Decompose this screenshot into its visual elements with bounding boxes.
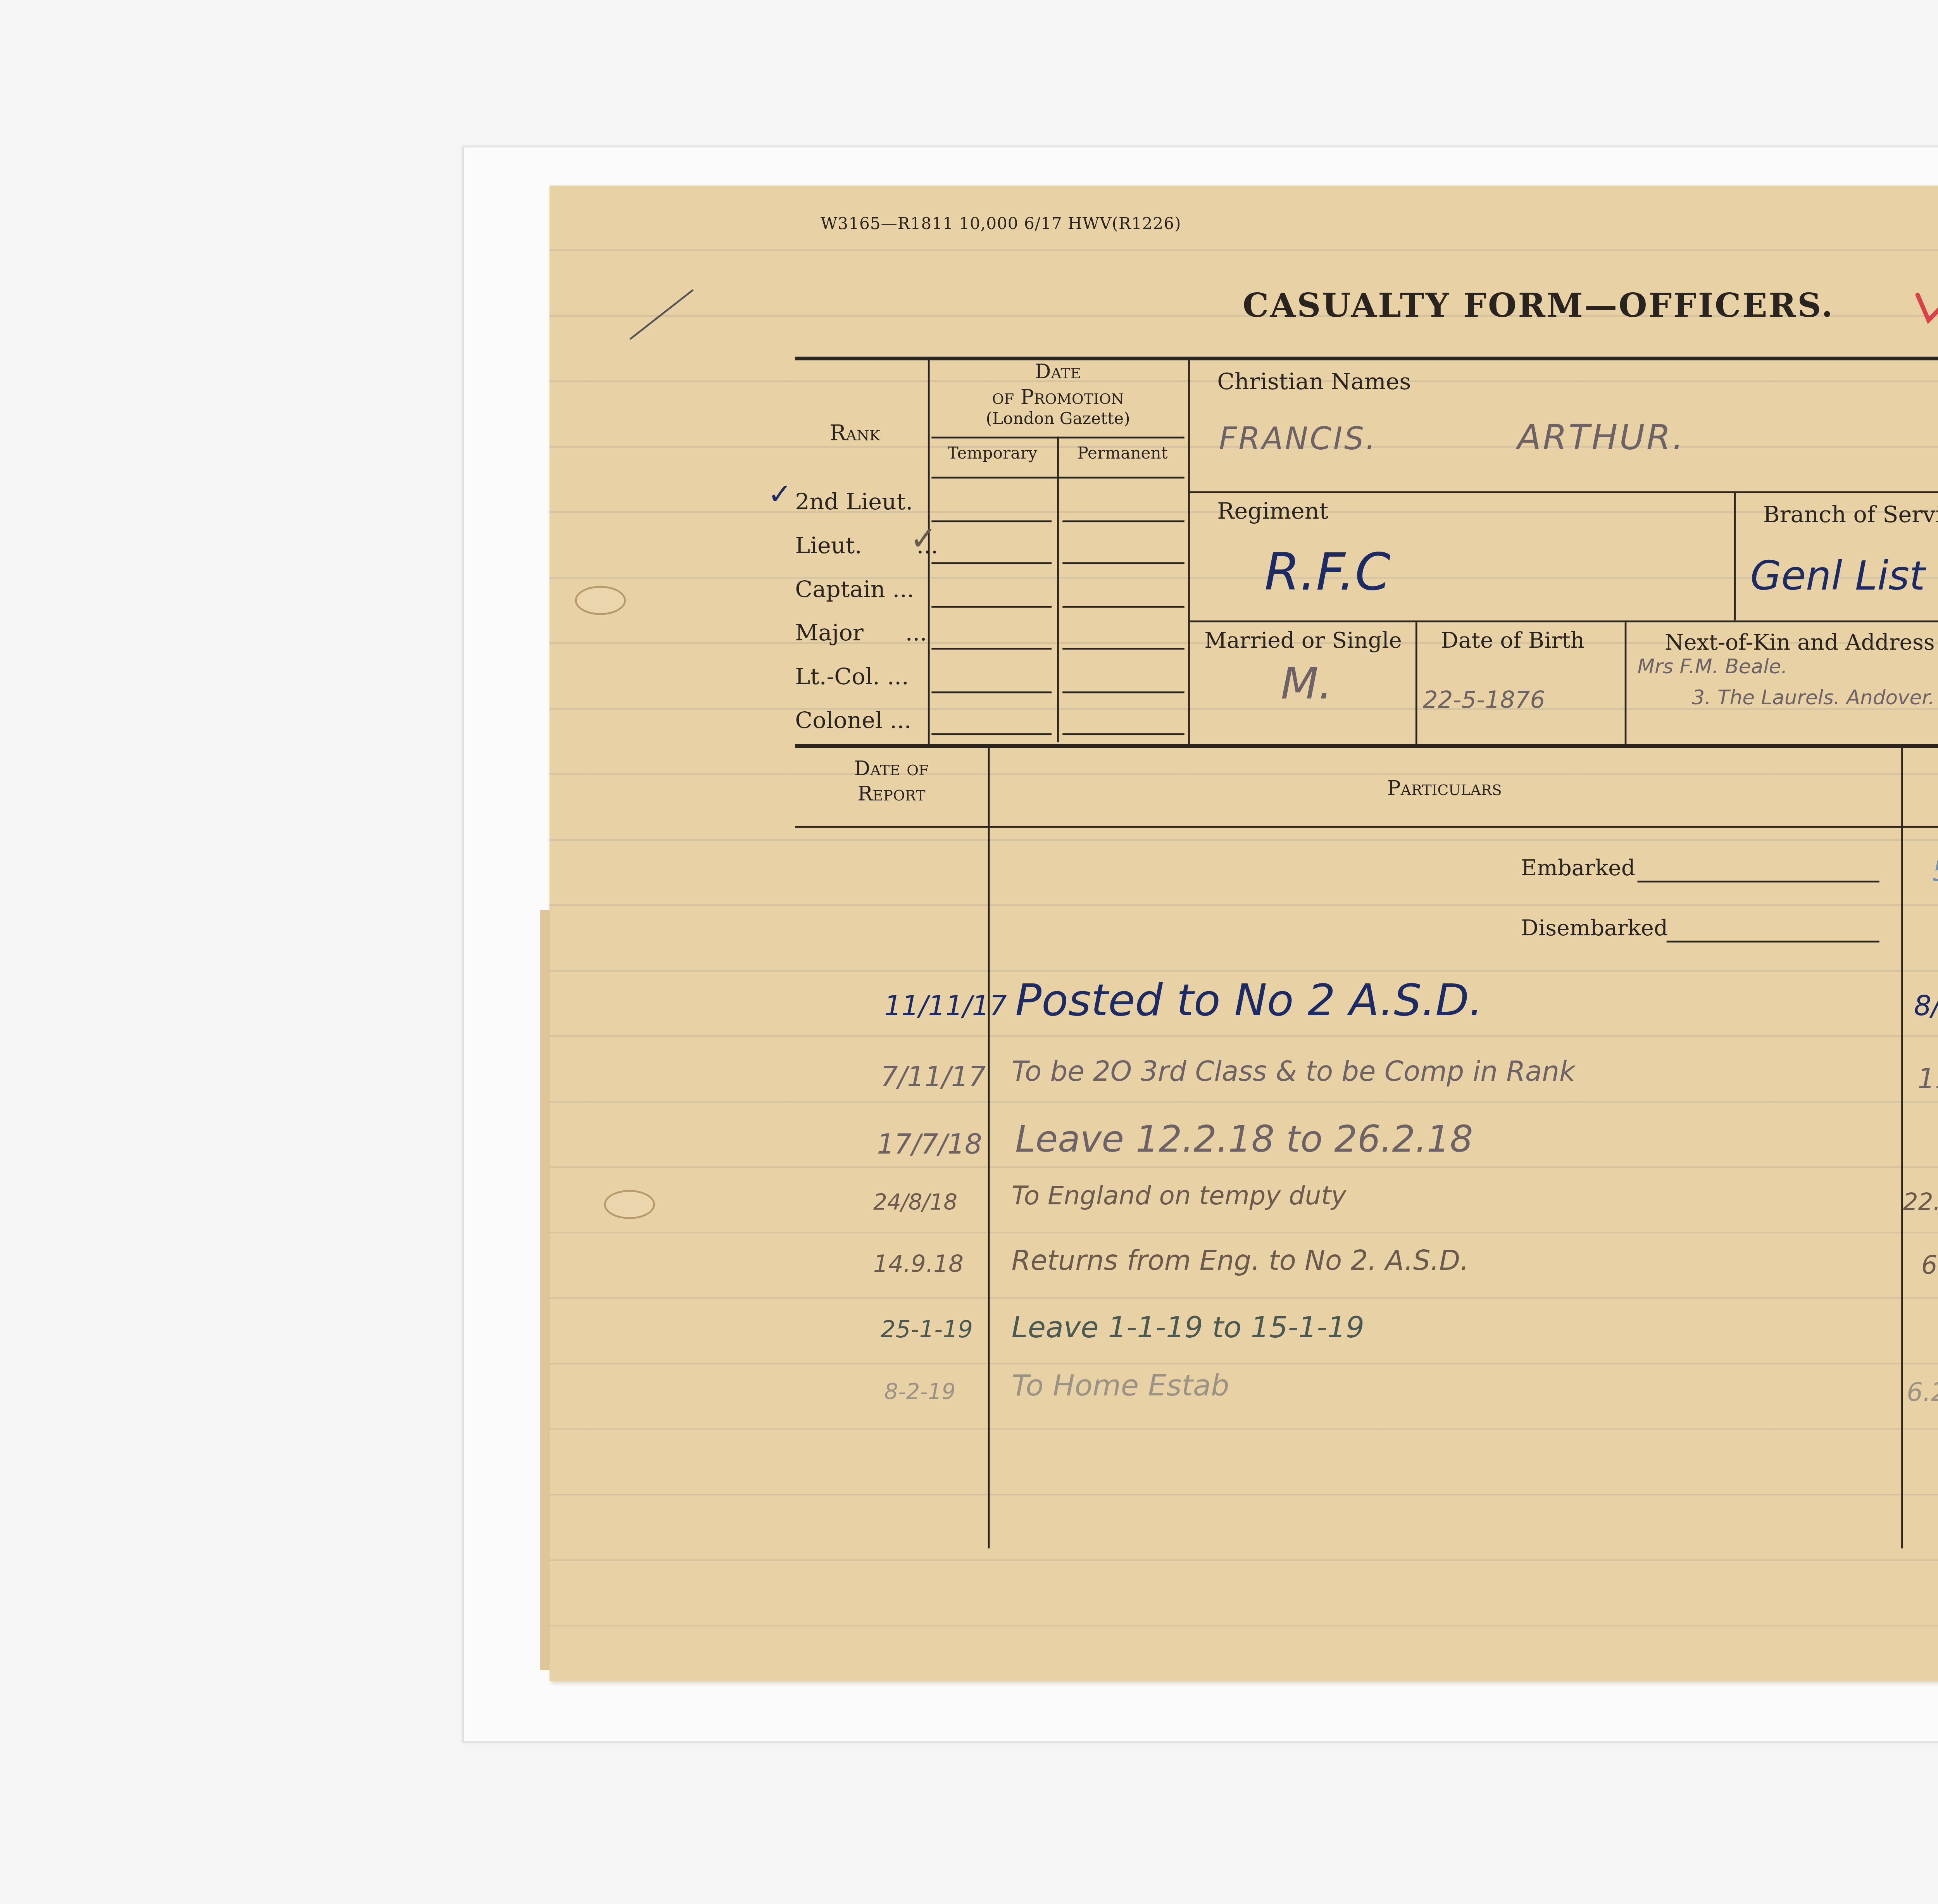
- entry-report-date: 24/8/18: [873, 1190, 957, 1216]
- entry-text: Leave 1-1-19 to 15-1-19: [1012, 1310, 1364, 1345]
- branch-value: Genl List: [1750, 555, 1925, 600]
- date-report-header-1: Date of: [795, 757, 988, 781]
- entry-report-date: 14.9.18: [873, 1252, 964, 1279]
- page-title: CASUALTY FORM—OFFICERS.: [1243, 288, 1834, 326]
- promotion-header-1: Date: [928, 360, 1188, 384]
- embarked-label: Embarked: [1521, 855, 1635, 881]
- particulars-header: Particulars: [988, 777, 1901, 800]
- entry-casualty-date: 6.2.19: [1907, 1379, 1938, 1408]
- entry-report-date: 17/7/18: [877, 1128, 982, 1161]
- rank-lt-col: Lt.-Col. ...: [795, 662, 909, 690]
- branch-label: Branch of Service: [1763, 500, 1938, 528]
- married-label: Married or Single: [1204, 628, 1402, 653]
- check-icon: ✓: [768, 477, 792, 511]
- entry-text: Returns from Eng. to No 2. A.S.D.: [1012, 1245, 1469, 1277]
- print-code: W3165—R1811 10,000 6/17 HWV(R1226): [821, 217, 1181, 235]
- temporary-label: Temporary: [928, 446, 1057, 464]
- check-icon: ✓: [910, 520, 937, 559]
- permanent-label: Permanent: [1057, 446, 1188, 464]
- disembarked-label: Disembarked: [1521, 915, 1668, 941]
- entry-report-date: 7/11/17: [881, 1061, 986, 1093]
- scan-stage: W3165—R1811 10,000 6/17 HWV(R1226) Army …: [0, 0, 1938, 1903]
- date-casualty-header-2: Casualty: [1901, 786, 1938, 810]
- nok-line-1: Mrs F.M. Beale.: [1638, 655, 1788, 679]
- entry-text: To England on tempy duty: [1012, 1183, 1346, 1212]
- date-report-header-2: Report: [795, 782, 988, 806]
- regiment-value: R.F.C: [1264, 542, 1390, 602]
- entry-text: Posted to No 2 A.S.D.: [1015, 975, 1483, 1026]
- date-casualty-header-1: Date of: [1901, 761, 1938, 784]
- married-value: M.: [1281, 659, 1333, 709]
- christian-name-first: FRANCIS.: [1219, 422, 1377, 459]
- dob-value: 22-5-1876: [1423, 688, 1545, 715]
- rank-2nd-lieut: 2nd Lieut.: [795, 488, 913, 515]
- rank-major: Major ...: [795, 619, 927, 646]
- entry-casualty-date: 22.8.18.: [1903, 1190, 1938, 1217]
- entry-text: To be 2O 3rd Class & to be Comp in Rank: [1012, 1055, 1575, 1088]
- embarked-date: 5/11/17: [1932, 855, 1938, 888]
- entry-report-date: 11/11/17: [884, 990, 1007, 1022]
- christian-names-label: Christian Names: [1217, 367, 1411, 395]
- punch-hole-top: [575, 586, 626, 615]
- nok-line-2: 3. The Laurels. Andover.: [1692, 686, 1935, 710]
- entry-text: To Home Estab: [1012, 1368, 1229, 1403]
- entry-text: Leave 12.2.18 to 26.2.18: [1015, 1117, 1473, 1161]
- rank-captain: Captain ...: [795, 575, 914, 602]
- rank-header: Rank: [829, 420, 880, 446]
- entry-report-date: 8-2-19: [884, 1379, 955, 1405]
- nok-label: Next-of-Kin and Address: [1665, 629, 1935, 655]
- promotion-header-3: (London Gazette): [928, 411, 1188, 429]
- regiment-label: Regiment: [1217, 497, 1328, 524]
- entry-casualty-date: 8/11/17: [1914, 990, 1938, 1022]
- casualty-form-paper: [550, 186, 1938, 1681]
- entry-report-date: 25-1-19: [881, 1317, 973, 1344]
- christian-name-second: ARTHUR.: [1517, 419, 1685, 459]
- rank-colonel: Colonel ...: [795, 706, 911, 733]
- punch-hole-bottom: [604, 1190, 655, 1219]
- entry-casualty-date: 6.9.18: [1921, 1252, 1938, 1281]
- promotion-header-2: of Promotion: [928, 386, 1188, 409]
- entry-casualty-date: 11/10/17: [1917, 1062, 1938, 1095]
- red-check-icon: [1910, 211, 1938, 338]
- dob-label: Date of Birth: [1441, 628, 1585, 653]
